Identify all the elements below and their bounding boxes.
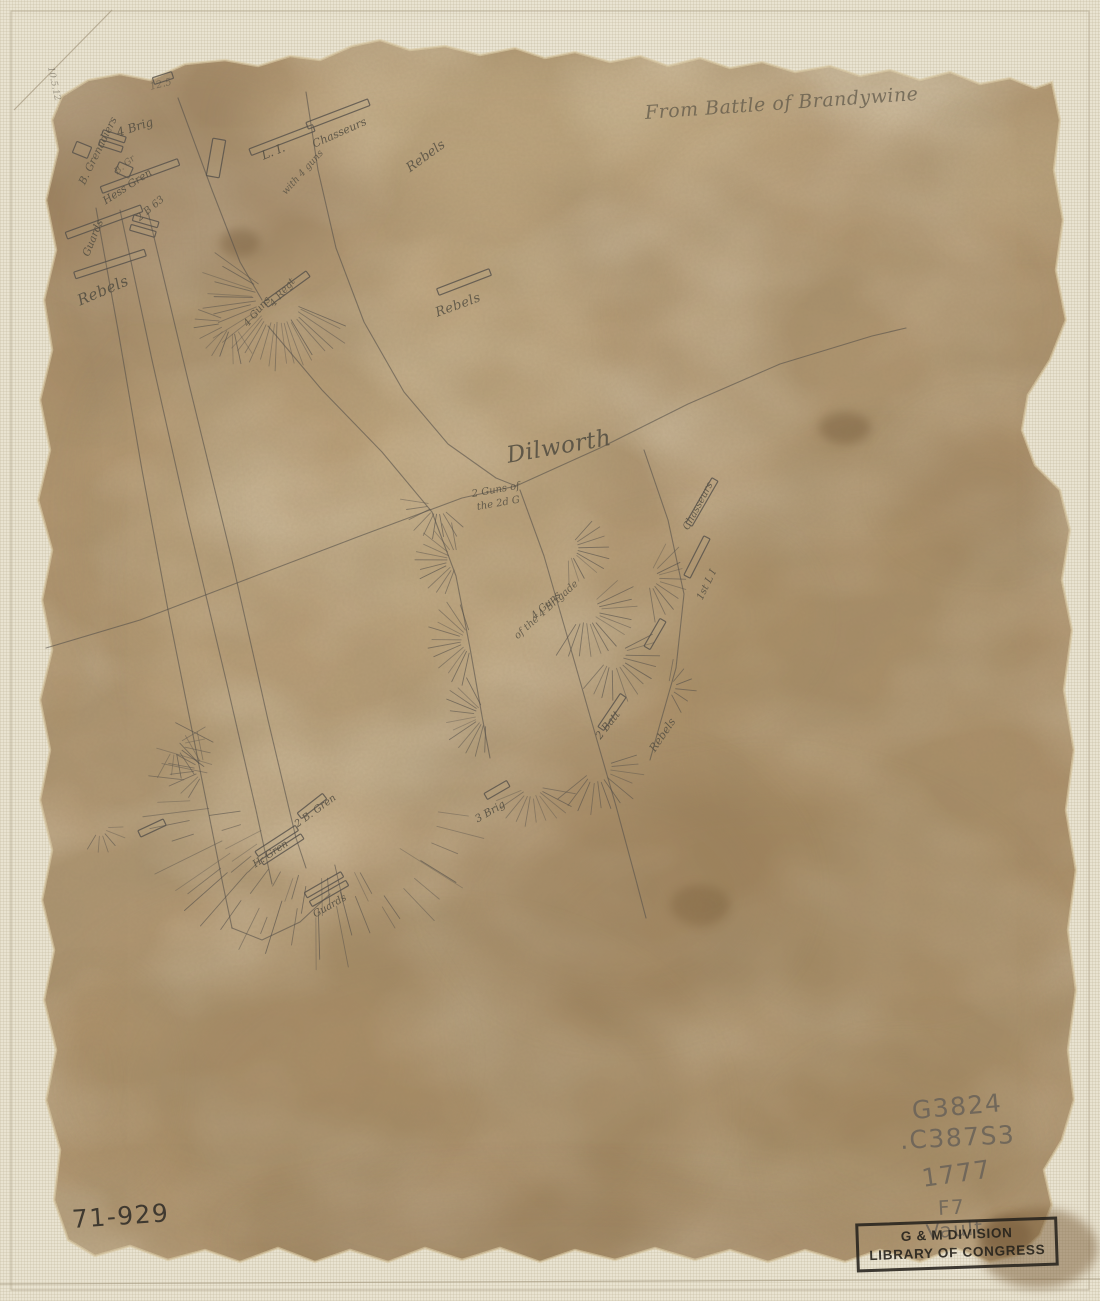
map-scene-svg <box>0 0 1100 1301</box>
paper-texture-grain <box>0 0 1100 1301</box>
loc-stamp: G & M DIVISION LIBRARY OF CONGRESS <box>855 1216 1059 1272</box>
